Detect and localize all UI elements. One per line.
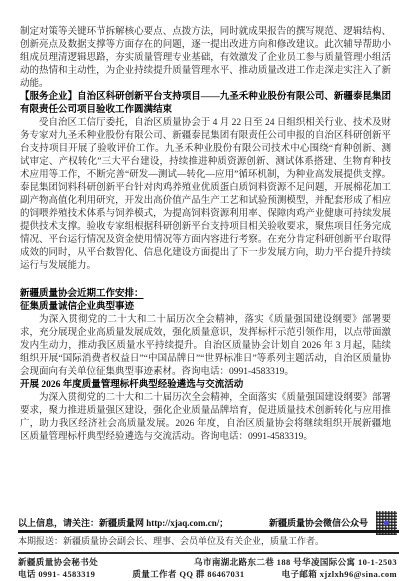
- qq-group-label: 质量工作者 QQ 群 86467031: [132, 569, 244, 580]
- contact-row-2: 电话 0991- 4583319 质量工作者 QQ 群 86467031 电子邮…: [18, 569, 397, 580]
- paragraph-platform-acceptance: 受自治区工信厅委托，自治区质量协会于 4 月 22 日至 24 日组织相关行业、…: [20, 117, 391, 273]
- paragraph-benchmark-selection: 为深入贯彻党的二十大和二十届历次全会精神，全面落实《质量强国建设纲要》部署要求，…: [20, 392, 391, 444]
- secretariat-label: 新疆质量协会秘书处: [18, 557, 98, 568]
- footer-divider-thick: [18, 530, 399, 533]
- newsletter-body: 制定对策等关键环节拆解核心要点、点拨方法，同时就成果报告的撰写规范、逻辑结构、创…: [20, 26, 391, 444]
- paragraph-integrity-collection: 为深入贯彻党的二十大和二十届历次全会精神，落实《质量强国建设纲要》部署要求，充分…: [20, 314, 391, 379]
- service-enterprise-heading: 【服务企业】自治区科研创新平台支持项目——九圣禾种业股份有限公司、新疆泰昆集团有…: [20, 91, 391, 117]
- contact-row-1: 新疆质量协会秘书处 乌市南湖北路东二巷 188 号华凌国际公寓 10-1-250…: [18, 557, 397, 568]
- footer-divider-thin: [18, 552, 399, 554]
- integrity-collection-heading: 征集质量诚信企业典型事迹: [20, 301, 391, 314]
- newsletter-page: 制定对策等关键环节拆解核心要点、点拨方法，同时就成果报告的撰写规范、逻辑结构、创…: [0, 0, 407, 581]
- phone-label: 电话 0991- 4583319: [18, 569, 95, 580]
- recent-work-plans-heading: 新疆质量协会近期工作安排：: [20, 288, 391, 301]
- distribution-line: 本期报送：新疆质量协会副会长、理事、会员单位及有关企业，质量工作者。: [18, 535, 397, 547]
- address-label: 乌市南湖北路东二巷 188 号华凌国际公寓 10-1-2503: [194, 557, 397, 568]
- follow-label: 以上信息，请关注：新疆质量网: [18, 518, 146, 528]
- email-label: 电子邮箱 xjzlxh96@sina.com: [282, 569, 397, 580]
- follow-notice: 以上信息，请关注：新疆质量网 http://xjaq.com.cn/；: [18, 517, 228, 529]
- quality-website-url: http://xjaq.com.cn/；: [146, 518, 228, 528]
- wechat-account-label: 新疆质量协会微信公众号: [269, 517, 368, 529]
- benchmark-selection-heading: 开展 2026 年度质量管理标杆典型经验遴选与交流活动: [20, 379, 391, 392]
- footer-notice-row: 以上信息，请关注：新疆质量网 http://xjaq.com.cn/； 新疆质量…: [18, 511, 397, 529]
- paragraph-continuation: 制定对策等关键环节拆解核心要点、点拨方法，同时就成果报告的撰写规范、逻辑结构、创…: [20, 26, 391, 91]
